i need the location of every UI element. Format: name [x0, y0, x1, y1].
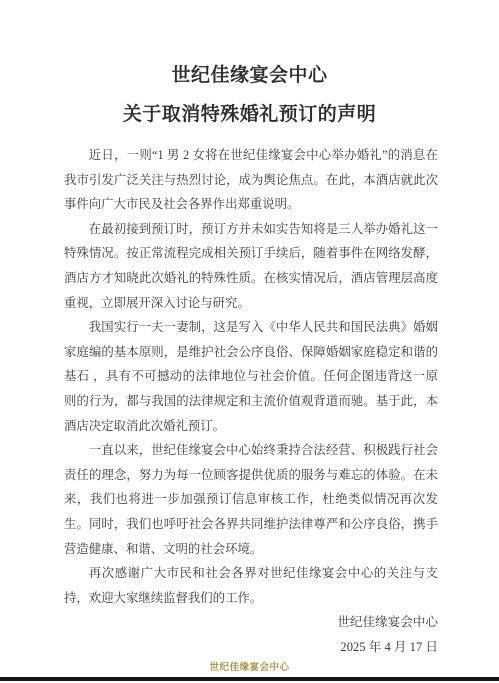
- document-subtitle: 关于取消特殊婚礼预订的声明: [0, 99, 499, 126]
- document-body: 近日，一则“1 男 2 女将在世纪佳缘宴会中心举办婚礼”的消息在我市引发广泛关注…: [64, 143, 438, 659]
- paragraph-1: 近日，一则“1 男 2 女将在世纪佳缘宴会中心举办婚礼”的消息在我市引发广泛关注…: [64, 143, 438, 217]
- paragraph-2: 在最初接到预订时，预订方并未如实告知将是三人举办婚礼这一特殊情况。按正常流程完成…: [64, 217, 438, 315]
- bottom-border-line: [0, 677, 499, 681]
- paragraph-3: 我国实行一夫一妻制，这是写入《中华人民共和国民法典》婚姻家庭编的基本原则，是维护…: [64, 315, 438, 438]
- signature: 世纪佳缘宴会中心: [64, 610, 438, 635]
- footer-watermark: 世纪佳缘宴会中心: [0, 659, 499, 673]
- date: 2025 年 4 月 17 日: [64, 635, 438, 660]
- paragraph-5: 再次感谢广大市民和社会各界对世纪佳缘宴会中心的关注与支持，欢迎大家继续监督我们的…: [64, 561, 438, 610]
- paragraph-4: 一直以来，世纪佳缘宴会中心始终秉持合法经营、积极践行社会责任的理念，努力为每一位…: [64, 438, 438, 561]
- document-title: 世纪佳缘宴会中心: [0, 60, 499, 87]
- statement-document: 世纪佳缘宴会中心 关于取消特殊婚礼预订的声明 近日，一则“1 男 2 女将在世纪…: [0, 0, 499, 683]
